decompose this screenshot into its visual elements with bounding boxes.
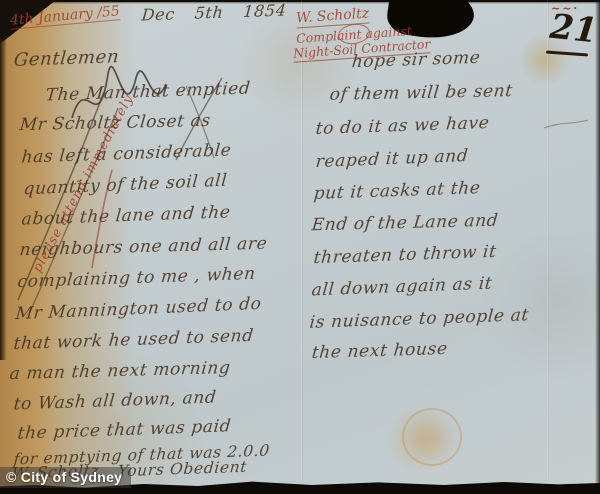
salutation: Gentlemen [13,46,120,71]
city-of-sydney-watermark: © City of Sydney [0,467,131,488]
page-right-edge [595,0,600,486]
folio-number: 21 [548,7,599,52]
letter-line: of them will be sent [329,81,514,105]
center-fold-crease [301,0,303,480]
letter-scan: 4th January /55 Dec 5th 1854 W. Scholtz … [0,0,600,494]
archive-stamp [402,408,462,466]
right-fold-crease [547,0,549,480]
page-left-edge [0,40,7,360]
page-top-edge [0,0,600,4]
